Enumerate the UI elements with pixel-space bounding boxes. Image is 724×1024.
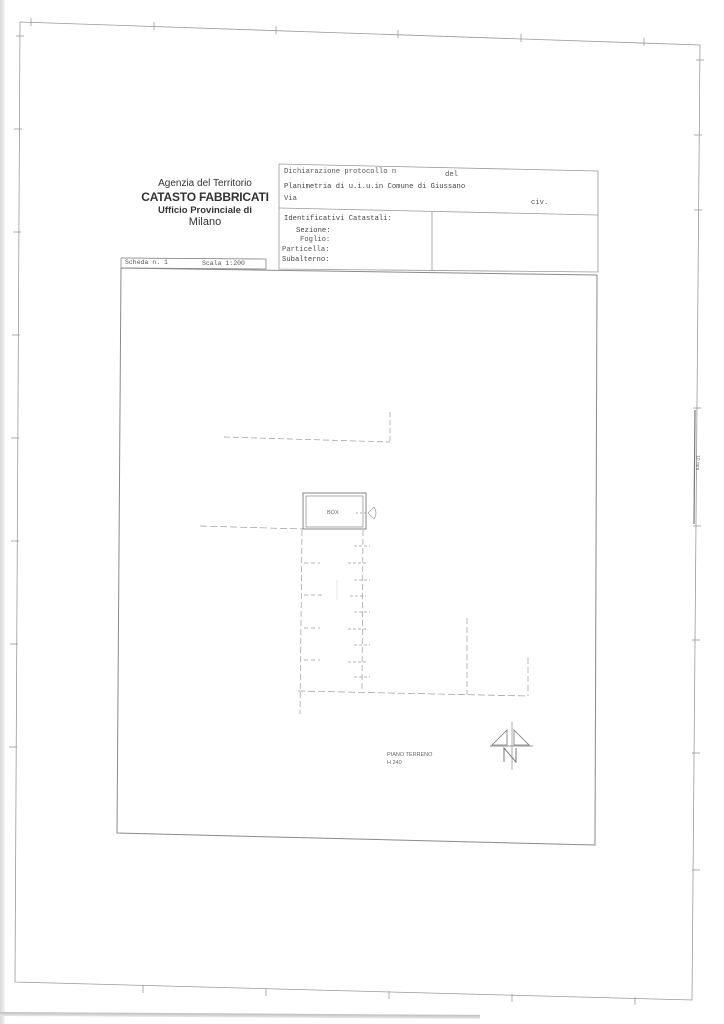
north-arrow-icon — [490, 722, 533, 770]
identifiers-title: Identificativi Catastali: — [284, 215, 392, 223]
section-label: Sezione: — [296, 227, 331, 235]
civic-label: civ. — [531, 199, 548, 207]
floor-label: PIANO TERRENO — [387, 752, 432, 759]
margin-scale-note: 10 mm — [694, 455, 700, 470]
office-city: Milano — [138, 216, 272, 229]
height-label: H 240 — [387, 760, 402, 767]
sheet-number: Scheda n. 1 — [125, 259, 168, 266]
street-label: Via — [284, 195, 297, 203]
subordinate-label: Subalterno: — [282, 256, 329, 264]
date-label: del — [445, 171, 458, 179]
plan-label: Planimetria di u.i.u.in Comune di Giussa… — [284, 183, 465, 191]
floor-plan — [200, 412, 528, 714]
drawing-area-frame — [117, 268, 597, 845]
agency-heading: Agenzia del Territorio CATASTO FABBRICAT… — [138, 178, 272, 230]
sheet-label: Foglio: — [300, 236, 330, 244]
registry-name: CATASTO FABBRICATI — [138, 190, 272, 205]
drawing-canvas — [0, 0, 724, 1024]
room-label-box: BOX — [327, 510, 339, 516]
agency-name: Agenzia del Territorio — [138, 178, 272, 190]
parcel-label: Particella: — [282, 246, 329, 254]
scale-label: Scala 1:200 — [202, 260, 245, 267]
declaration-label: Dichiarazione protocollo n — [284, 168, 396, 176]
office-label: Ufficio Provinciale di — [138, 205, 272, 217]
